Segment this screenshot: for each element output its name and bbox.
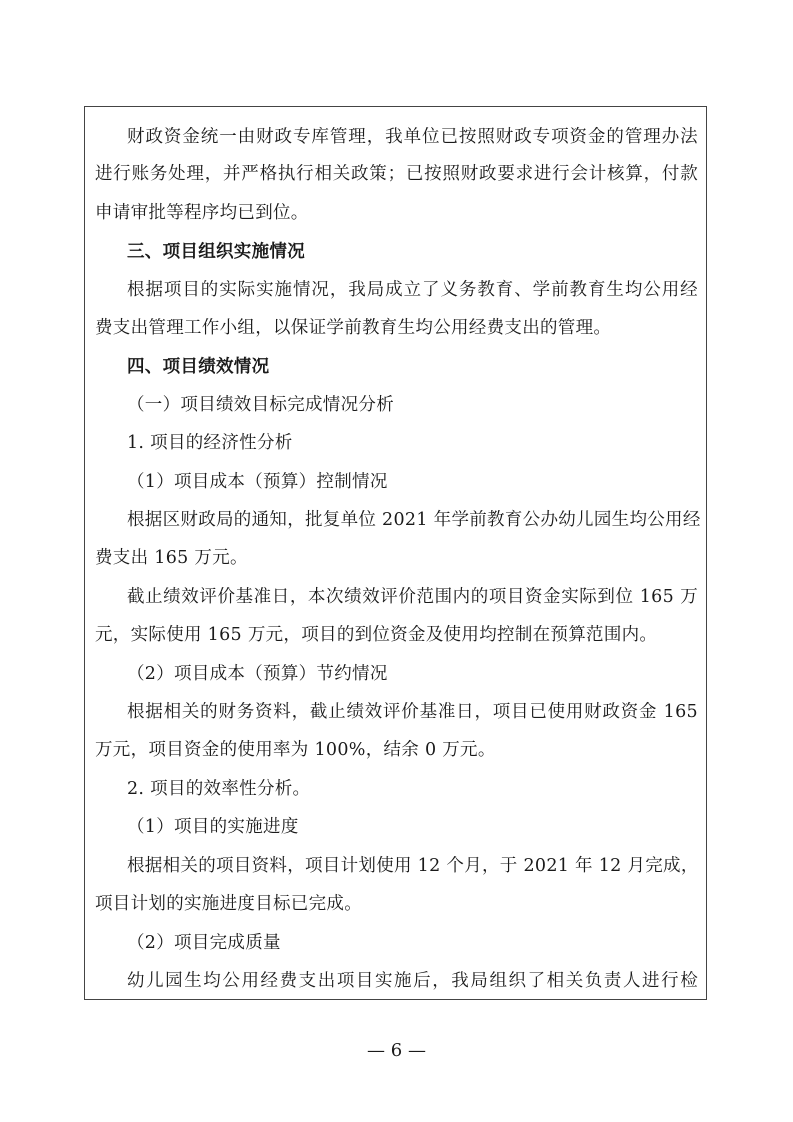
paragraph-line: 财政资金统一由财政专库管理，我单位已按照财政专项资金的管理办法 [127,127,698,147]
paragraph-line: 根据项目的实际实施情况，我局成立了义务教育、学前教育生均公用经 [127,280,698,300]
paragraph-line: 元，实际使用 165 万元，项目的到位资金及使用均控制在预算范围内。 [95,625,698,645]
page-number: — 6 — [0,1040,793,1061]
subsection-heading: （1）项目的实施进度 [127,817,698,837]
section-heading-3: 三、项目组织实施情况 [127,242,698,262]
subsection-heading: （一）项目绩效目标完成情况分析 [127,395,698,415]
paragraph-line: 根据区财政局的通知，批复单位 2021 年学前教育公办幼儿园生均公用经 [127,510,698,530]
paragraph-line: 进行账务处理，并严格执行相关政策；已按照财政要求进行会计核算，付款 [95,164,698,184]
content-frame: 财政资金统一由财政专库管理，我单位已按照财政专项资金的管理办法 进行账务处理，并… [84,106,707,1000]
paragraph-line: 截止绩效评价基准日，本次绩效评价范围内的项目资金实际到位 165 万 [127,587,698,607]
section-heading-4: 四、项目绩效情况 [127,357,698,377]
subsection-heading: 2. 项目的效率性分析。 [127,779,698,799]
paragraph-line: 费支出 165 万元。 [95,548,698,568]
paragraph-line: 项目计划的实施进度目标已完成。 [95,894,698,914]
subsection-heading: （1）项目成本（预算）控制情况 [127,472,698,492]
paragraph-line: 费支出管理工作小组，以保证学前教育生均公用经费支出的管理。 [95,318,698,338]
subsection-heading: （2）项目完成质量 [127,933,698,953]
subsection-heading: 1. 项目的经济性分析 [127,433,698,453]
paragraph-line: 根据相关的项目资料，项目计划使用 12 个月，于 2021 年 12 月完成， [127,856,698,876]
paragraph-line: 万元，项目资金的使用率为 100%，结余 0 万元。 [95,740,698,760]
paragraph-line: 幼儿园生均公用经费支出项目实施后，我局组织了相关负责人进行检 [127,971,698,991]
paragraph-line: 申请审批等程序均已到位。 [95,203,698,223]
paragraph-line: 根据相关的财务资料，截止绩效评价基准日，项目已使用财政资金 165 [127,702,698,722]
subsection-heading: （2）项目成本（预算）节约情况 [127,664,698,684]
